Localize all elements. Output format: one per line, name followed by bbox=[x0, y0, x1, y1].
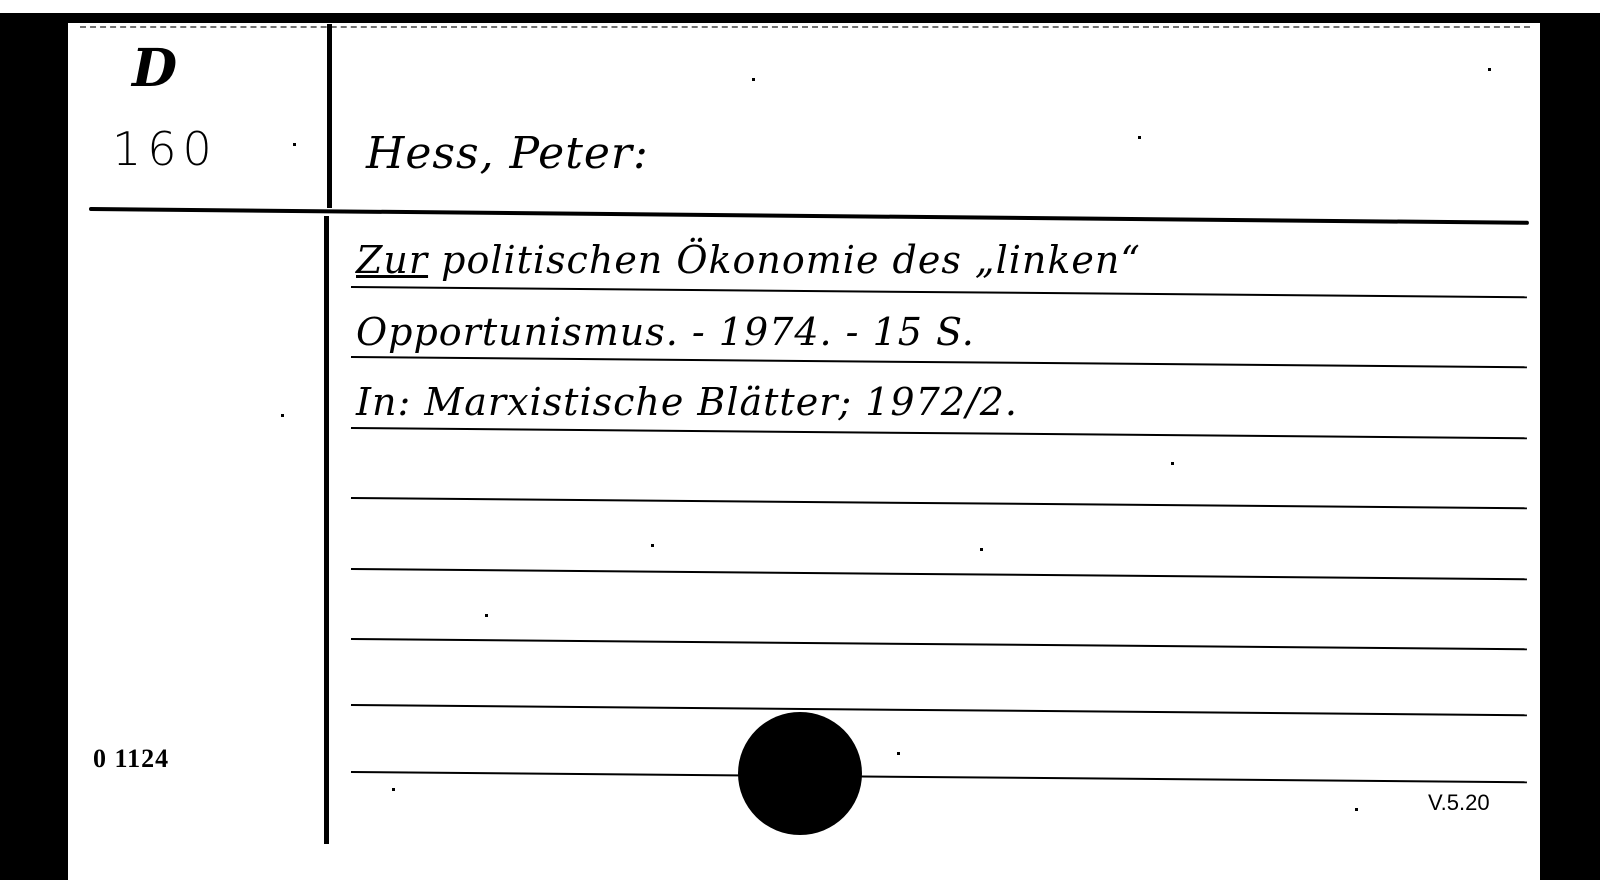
author-heading: Hess, Peter: bbox=[366, 128, 649, 179]
title-line-text: politischen Ökonomie des „linken“ bbox=[428, 238, 1141, 282]
title-line-2: Opportunismus. - 1974. - 15 S. bbox=[356, 310, 975, 354]
speck bbox=[392, 788, 395, 791]
speck bbox=[1488, 68, 1491, 71]
speck bbox=[752, 78, 755, 81]
title-line-text: Opportunismus. - 1974. - 15 S. bbox=[356, 310, 975, 354]
form-code: V.5.20 bbox=[1428, 790, 1490, 816]
title-underlined-word: Zur bbox=[356, 238, 428, 282]
punch-hole bbox=[738, 712, 862, 835]
scan-border-top bbox=[0, 13, 1600, 23]
speck bbox=[485, 614, 488, 617]
speck bbox=[293, 143, 296, 146]
speck bbox=[980, 548, 983, 551]
speck bbox=[281, 414, 284, 417]
speck bbox=[1138, 136, 1141, 139]
speck bbox=[897, 752, 900, 755]
scan-border-left bbox=[0, 13, 68, 880]
speck bbox=[651, 544, 654, 547]
speck bbox=[1171, 462, 1174, 465]
call-number-letter: D bbox=[132, 38, 178, 99]
title-line-1: Zur politischen Ökonomie des „linken“ bbox=[356, 238, 1141, 282]
column-divider-bottom bbox=[324, 216, 329, 844]
accession-number: 0 1124 bbox=[93, 744, 169, 774]
column-divider-top bbox=[327, 24, 332, 208]
speck bbox=[1355, 808, 1358, 811]
scan-border-right bbox=[1540, 13, 1600, 880]
title-line-text: In: Marxistische Blätter; 1972/2. bbox=[356, 380, 1018, 424]
source-line: In: Marxistische Blätter; 1972/2. bbox=[356, 380, 1018, 424]
card-top-edge bbox=[80, 26, 1530, 28]
call-number-digits: 160 bbox=[112, 122, 218, 176]
